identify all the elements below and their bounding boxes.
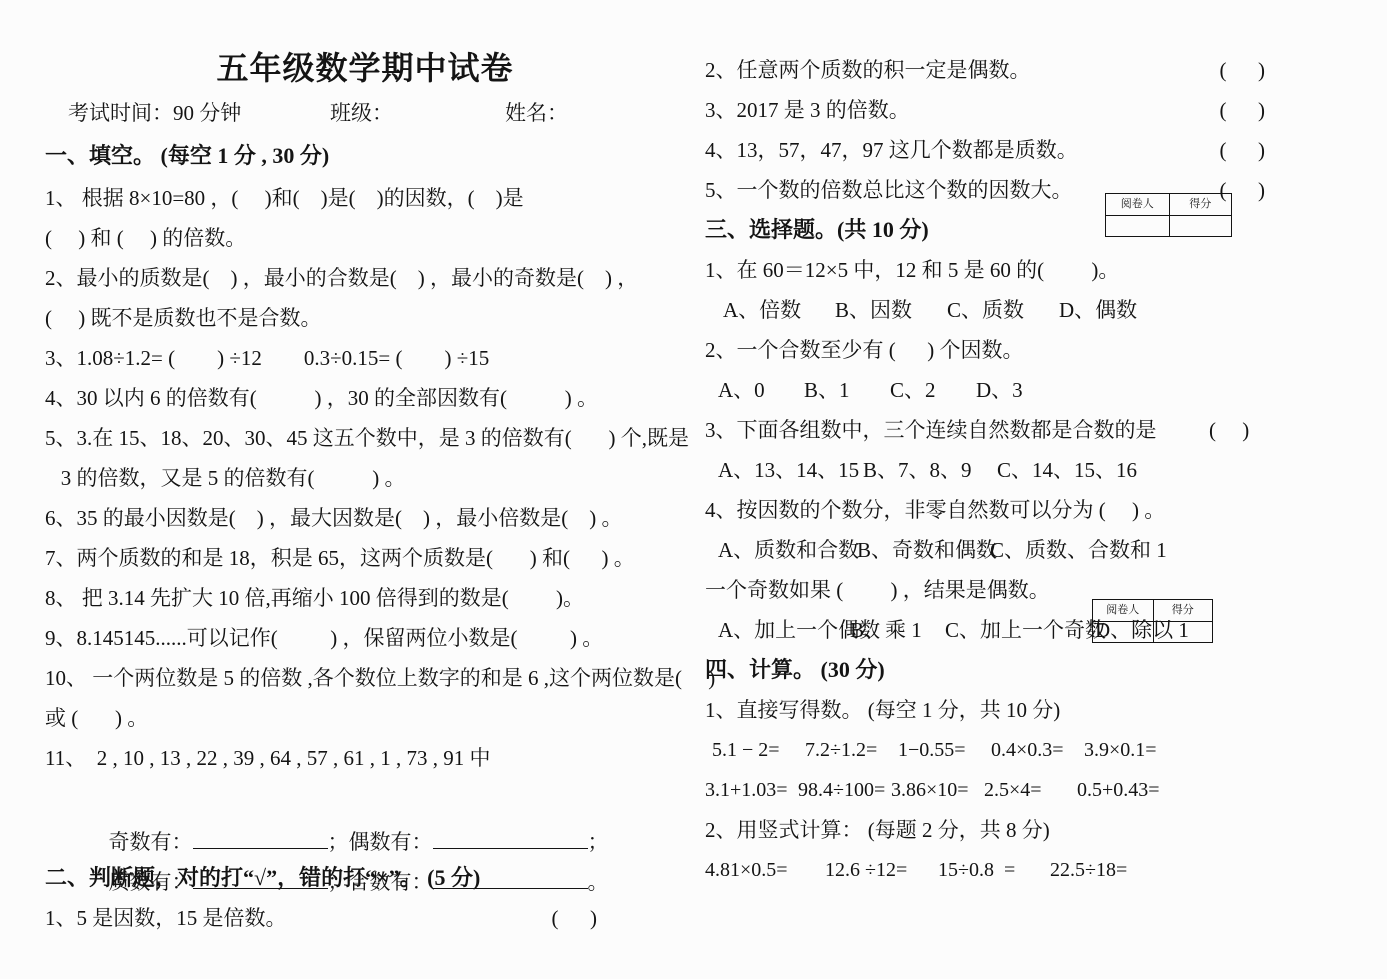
option-b: B、乘 1 [850, 610, 945, 650]
grader-header-cell: 阅卷人 [1106, 194, 1169, 215]
score-blank-cell [1169, 215, 1232, 236]
judge-item-2: 2、任意两个质数的积一定是偶数。 ( ) [705, 50, 1265, 90]
odd-blank-line [193, 818, 328, 849]
option-c: C、14、15、16 [997, 450, 1137, 490]
answer-bracket: ( ) [1220, 50, 1266, 90]
calc-mental-row-2: 3.1+1.03= 98.4÷100= 3.86×10= 2.5×4= 0.5+… [705, 770, 1365, 810]
right-column: 2、任意两个质数的积一定是偶数。 ( ) 3、2017 是 3 的倍数。 ( )… [705, 50, 1365, 890]
expression: 22.5÷18= [1050, 850, 1127, 890]
judge-item-text: 4、13，57，47，97 这几个数都是质数。 [705, 130, 1078, 170]
choice-q2-text: 2、一个合数至少有 ( ) 个因数。 [705, 330, 1365, 370]
option-c: C、质数、合数和 1 [990, 530, 1167, 570]
option-a: A、13、14、15 [718, 450, 863, 490]
grader-blank-cell [1093, 621, 1153, 642]
choice-q4-text: 4、按因数的个数分，非零自然数可以分为 ( ) 。 [705, 490, 1365, 530]
option-b: B、7、8、9 [863, 450, 997, 490]
fill-line-14: 或 ( ) 。 [45, 698, 685, 738]
exam-meta-row: 考试时间：90 分钟 班级： 姓名： [45, 92, 685, 134]
odd-label: 奇数有： [109, 830, 193, 854]
section-calc-heading: 四、计算。 (30 分) [705, 650, 1365, 690]
calc-vertical-row: 4.81×0.5= 12.6 ÷12= 15÷0.8 = 22.5÷18= [705, 850, 1365, 890]
option-a: A、加上一个偶数 [718, 610, 850, 650]
grader-header-cell: 阅卷人 [1093, 600, 1153, 621]
left-column: 五年级数学期中试卷 考试时间：90 分钟 班级： 姓名： 一、填空。 (每空 1… [45, 44, 685, 938]
option-a: A、倍数 [723, 290, 835, 330]
judge-item-text: 1、5 是因数，15 是倍数。 [45, 898, 287, 938]
classify-line-odd-even: 奇数有：；偶数有：； [45, 778, 685, 818]
fill-line-9: 6、35 的最小因数是( ) ，最大因数是( ) ，最小倍数是( ) 。 [45, 498, 685, 538]
choice-q5-text: 一个奇数如果 ( ) ，结果是偶数。 [705, 570, 1365, 610]
even-blank-line [433, 818, 588, 849]
answer-bracket: ( ) [552, 898, 598, 938]
option-c: C、2 [890, 370, 976, 410]
answer-bracket: ( ) [1220, 90, 1266, 130]
fill-line-6: 4、30 以内 6 的倍数有( ) ，30 的全部因数有( ) 。 [45, 378, 685, 418]
section-choice-heading: 三、选择题。(共 10 分) [705, 210, 1365, 250]
judge-item-3: 3、2017 是 3 的倍数。 ( ) [705, 90, 1265, 130]
score-header-cell: 得分 [1153, 600, 1213, 621]
name-label: 姓名： [505, 92, 568, 134]
expression: 12.6 ÷12= [825, 850, 938, 890]
expression: 15÷0.8 = [938, 850, 1050, 890]
choice-q5-options: A、加上一个偶数 B、乘 1 C、加上一个奇数 D、除以 1 [705, 610, 1365, 650]
grader-blank-cell [1106, 215, 1169, 236]
expression: 1−0.55= [898, 730, 991, 770]
fill-line-4: ( ) 既不是质数也不是合数。 [45, 298, 685, 338]
fill-line-3: 2、最小的质数是( ) ，最小的合数是( ) ，最小的奇数是( ) ， [45, 258, 685, 298]
judge-item-text: 2、任意两个质数的积一定是偶数。 [705, 50, 1031, 90]
option-b: B、1 [804, 370, 890, 410]
fill-line-11: 8、 把 3.14 先扩大 10 倍,再缩小 100 倍得到的数是( )。 [45, 578, 685, 618]
judge-item-text: 5、一个数的倍数总比这个数的因数大。 [705, 170, 1073, 210]
option-c: C、加上一个奇数 [945, 610, 1095, 650]
even-label: 偶数有： [349, 830, 433, 854]
option-a: A、0 [718, 370, 804, 410]
option-d: D、3 [976, 370, 1023, 410]
fill-line-5: 3、1.08÷1.2= ( ) ÷12 0.3÷0.15= ( ) ÷15 [45, 338, 685, 378]
expression: 5.1 − 2= [712, 730, 805, 770]
choice-q4-options: A、质数和合数 B、奇数和偶数 C、质数、合数和 1 [705, 530, 1365, 570]
choice-q1-text: 1、在 60＝12×5 中，12 和 5 是 60 的( )。 [705, 250, 1365, 290]
expression: 0.4×0.3= [991, 730, 1084, 770]
calc-mental-row-1: 5.1 − 2= 7.2÷1.2= 1−0.55= 0.4×0.3= 3.9×0… [705, 730, 1365, 770]
fill-line-2: ( ) 和 ( ) 的倍数。 [45, 218, 685, 258]
choice-q3-options: A、13、14、15 B、7、8、9 C、14、15、16 [705, 450, 1365, 490]
fill-line-1: 1、 根据 8×10=80 ，( )和( )是( )的因数，( )是 [45, 178, 685, 218]
expression: 7.2÷1.2= [805, 730, 898, 770]
fill-line-13: 10、 一个两位数是 5 的倍数 ,各个数位上数字的和是 6 ,这个两位数是( … [45, 658, 685, 698]
score-header-cell: 得分 [1169, 194, 1232, 215]
page-title: 五年级数学期中试卷 [45, 44, 685, 92]
expression: 4.81×0.5= [705, 850, 825, 890]
choice-q2-options: A、0 B、1 C、2 D、3 [705, 370, 1365, 410]
judge-item-4: 4、13，57，47，97 这几个数都是质数。 ( ) [705, 130, 1265, 170]
fill-line-10: 7、两个质数的和是 18，积是 65，这两个质数是( ) 和( ) 。 [45, 538, 685, 578]
section-fill-heading: 一、填空。 (每空 1 分 , 30 分) [45, 134, 685, 178]
calc-mental-title: 1、直接写得数。 (每空 1 分，共 10 分) [705, 690, 1365, 730]
score-blank-cell [1153, 621, 1213, 642]
option-c: C、质数 [947, 290, 1059, 330]
semicolon: ； [328, 830, 349, 854]
choice-q3-text: 3、下面各组数中，三个连续自然数都是合数的是 ( ) [705, 410, 1365, 450]
class-label: 班级： [330, 92, 505, 134]
exam-time-label: 考试时间：90 分钟 [68, 92, 330, 134]
grading-box-1: 阅卷人 得分 [1105, 193, 1232, 237]
judge-item-1: 1、5 是因数，15 是倍数。 ( ) [45, 898, 597, 938]
grading-box-2: 阅卷人 得分 [1092, 599, 1213, 643]
fill-line-12: 9、8.145145......可以记作( ) ，保留两位小数是( ) 。 [45, 618, 685, 658]
semicolon: ； [588, 830, 609, 854]
fill-line-15: 11、 2 , 10 , 13 , 22 , 39 , 64 , 57 , 61… [45, 738, 685, 778]
fill-line-7: 5、3.在 15、18、20、30、45 这五个数中，是 3 的倍数有( ) 个… [45, 418, 685, 458]
option-b: B、奇数和偶数 [857, 530, 990, 570]
fill-line-8: 3 的倍数，又是 5 的倍数有( ) 。 [45, 458, 685, 498]
expression: 3.86×10= [891, 770, 984, 810]
calc-vertical-title: 2、用竖式计算： (每题 2 分，共 8 分) [705, 810, 1365, 850]
option-b: B、因数 [835, 290, 947, 330]
judge-item-text: 3、2017 是 3 的倍数。 [705, 90, 910, 130]
expression: 2.5×4= [984, 770, 1077, 810]
option-a: A、质数和合数 [718, 530, 857, 570]
option-d: D、偶数 [1059, 290, 1137, 330]
expression: 0.5+0.43= [1077, 770, 1160, 810]
expression: 3.9×0.1= [1084, 730, 1157, 770]
expression: 3.1+1.03= [705, 770, 798, 810]
answer-bracket: ( ) [1220, 130, 1266, 170]
choice-q1-options: A、倍数 B、因数 C、质数 D、偶数 [705, 290, 1365, 330]
expression: 98.4÷100= [798, 770, 891, 810]
period: 。 [588, 870, 609, 894]
exam-paper: 五年级数学期中试卷 考试时间：90 分钟 班级： 姓名： 一、填空。 (每空 1… [0, 0, 1387, 979]
